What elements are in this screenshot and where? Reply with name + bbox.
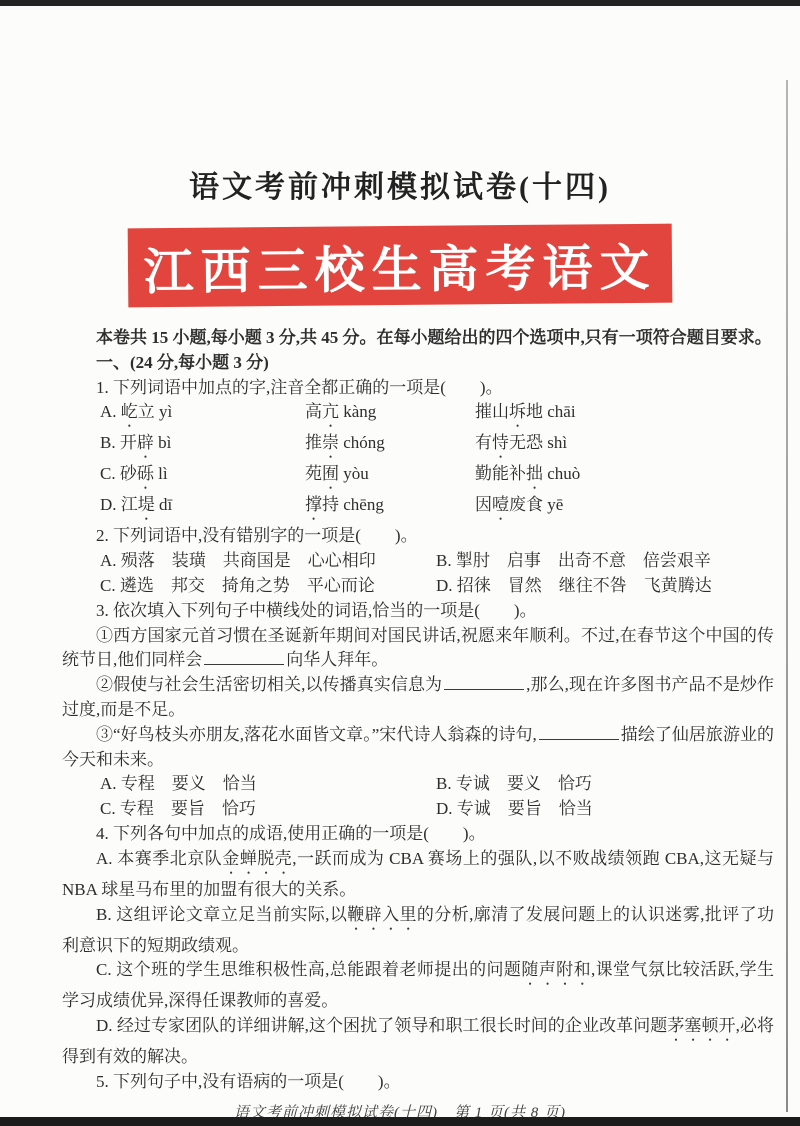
- emphasized-text: 堤: [138, 495, 155, 514]
- emphasized-text: 恃: [492, 433, 509, 452]
- option-cell: A. 专程 要义 恰当: [100, 772, 436, 797]
- text-segment: ③“好鸟枝头亦朋友,落花水面皆文章。”宋代诗人翁森的诗句,: [96, 725, 537, 744]
- q1-row-a: A. 屹立 yì 高亢 kàng 摧山坼地 chāi: [62, 400, 774, 431]
- emphasized-text: 屹: [121, 402, 138, 421]
- option-cell: C. 专程 要旨 恰巧: [100, 797, 436, 822]
- text-segment: A.: [100, 402, 121, 421]
- option-cell: D. 专诚 要旨 恰当: [436, 797, 774, 822]
- option-cell: B. 掣肘 启事 出奇不意 倍尝艰辛: [436, 549, 774, 574]
- emphasized-text: 噎: [492, 495, 509, 514]
- word-cell: B. 开辟 bì: [100, 431, 305, 462]
- text-segment: 废食 yē: [509, 495, 563, 514]
- word-cell: D. 江堤 dī: [100, 493, 305, 524]
- word-cell: 苑囿 yòu: [305, 462, 475, 493]
- text-segment: A. 本赛季北京队: [96, 849, 222, 868]
- word-cell: 有恃无恐 shì: [475, 431, 774, 462]
- emphasized-text: 随声附和: [521, 960, 591, 979]
- scan-bottom-edge: [0, 1117, 800, 1126]
- text-segment: yòu: [339, 464, 369, 483]
- exam-banner: 江西三校生高考语文: [128, 224, 673, 308]
- text-segment: lì: [154, 464, 168, 483]
- text-segment: D. 江: [100, 495, 138, 514]
- text-segment: bì: [154, 433, 171, 452]
- text-segment: ②假使与社会生活密切相关,以传播真实信息为: [96, 675, 442, 694]
- word-cell: 撑持 chēng: [305, 493, 475, 524]
- emphasized-text: 撑: [305, 495, 322, 514]
- text-segment: 地 chāi: [526, 402, 576, 421]
- word-cell: 高亢 kàng: [305, 400, 475, 431]
- option-cell: C. 遴选 邦交 掎角之势 平心而论: [100, 574, 436, 599]
- q2-options-row-1: A. 殒落 装璜 共商国是 心心相印 B. 掣肘 启事 出奇不意 倍尝艰辛: [62, 549, 774, 574]
- text-segment: ①西方国家元首习惯在圣诞新年期间对国民讲话,祝愿来年顺利。不过,在春节这个中国的…: [62, 626, 774, 670]
- emphasized-text: 辟: [137, 433, 154, 452]
- q5-stem: 5. 下列句子中,没有语病的一项是( )。: [62, 1070, 774, 1095]
- text-segment: 推: [305, 433, 322, 452]
- exam-paper-page: 语文考前冲刺模拟试卷(十四) 江西三校生高考语文 本卷共 15 小题,每小题 3…: [0, 0, 800, 1126]
- text-segment: dī: [155, 495, 172, 514]
- word-cell: 因噎废食 yē: [475, 493, 774, 524]
- text-segment: 苑: [305, 464, 322, 483]
- blank-line: [444, 687, 524, 690]
- text-segment: C. 砂: [100, 464, 137, 483]
- q4-option-b: B. 这组评论文章立足当前实际,以鞭辟入里的分析,廓清了发展问题上的认识迷雾,批…: [62, 903, 774, 959]
- q1-stem: 1. 下列词语中加点的字,注音全都正确的一项是( )。: [62, 376, 774, 401]
- word-cell: 勤能补拙 chuò: [475, 462, 774, 493]
- q2-stem: 2. 下列词语中,没有错别字的一项是( )。: [62, 524, 774, 549]
- q4-stem: 4. 下列各句中加点的成语,使用正确的一项是( )。: [62, 822, 774, 847]
- text-segment: 高: [305, 402, 322, 421]
- blank-line: [204, 662, 284, 665]
- text-segment: kàng: [339, 402, 376, 421]
- emphasized-text: 拙: [526, 464, 543, 483]
- q1-row-b: B. 开辟 bì 推崇 chóng 有恃无恐 shì: [62, 431, 774, 462]
- text-segment: B. 开: [100, 433, 137, 452]
- option-cell: B. 专诚 要义 恰巧: [436, 772, 774, 797]
- q3-options-row-1: A. 专程 要义 恰当 B. 专诚 要义 恰巧: [62, 772, 774, 797]
- q4-option-c: C. 这个班的学生思维积极性高,总能跟着老师提出的问题随声附和,课堂气氛比较活跃…: [62, 958, 774, 1014]
- word-cell: 推崇 chóng: [305, 431, 475, 462]
- exam-body: 本卷共 15 小题,每小题 3 分,共 45 分。在每小题给出的四个选项中,只有…: [0, 326, 800, 1095]
- q4-option-d: D. 经过专家团队的详细讲解,这个困扰了领导和职工很长时间的企业改革问题茅塞顿开…: [62, 1014, 774, 1070]
- text-segment: C. 这个班的学生思维积极性高,总能跟着老师提出的问题: [96, 960, 521, 979]
- q3-item-3: ③“好鸟枝头亦朋友,落花水面皆文章。”宋代诗人翁森的诗句,描绘了仙居旅游业的今天…: [62, 723, 774, 773]
- emphasized-text: 金蝉脱壳: [222, 849, 292, 868]
- text-segment: 摧山: [475, 402, 509, 421]
- option-cell: A. 殒落 装璜 共商国是 心心相印: [100, 549, 436, 574]
- scan-right-edge-line: [786, 80, 788, 1112]
- text-segment: 持 chēng: [322, 495, 384, 514]
- q1-row-c: C. 砂砾 lì 苑囿 yòu 勤能补拙 chuò: [62, 462, 774, 493]
- emphasized-text: 砾: [137, 464, 154, 483]
- q2-options-row-2: C. 遴选 邦交 掎角之势 平心而论 D. 招徕 冒然 继往不咎 飞黄腾达: [62, 574, 774, 599]
- q3-item-1: ①西方国家元首习惯在圣诞新年期间对国民讲话,祝愿来年顺利。不过,在春节这个中国的…: [62, 624, 774, 674]
- text-segment: chuò: [543, 464, 580, 483]
- emphasized-text: 囿: [322, 464, 339, 483]
- option-cell: D. 招徕 冒然 继往不咎 飞黄腾达: [436, 574, 774, 599]
- text-segment: D. 经过专家团队的详细讲解,这个困扰了领导和职工很长时间的企业改革问题: [96, 1016, 667, 1035]
- page-title: 语文考前冲刺模拟试卷(十四): [0, 162, 800, 206]
- emphasized-text: 鞭辟入里: [347, 905, 417, 924]
- text-segment: 因: [475, 495, 492, 514]
- text-segment: 有: [475, 433, 492, 452]
- section-heading: 一、(24 分,每小题 3 分): [62, 351, 774, 376]
- banner-label: 江西三校生高考语文: [143, 227, 657, 303]
- text-segment: 立 yì: [138, 402, 172, 421]
- emphasized-text: 坼: [509, 402, 526, 421]
- q1-word-table: A. 屹立 yì 高亢 kàng 摧山坼地 chāi B. 开辟 bì 推崇 c…: [62, 400, 774, 524]
- emphasized-text: 茅塞顿开: [667, 1016, 735, 1035]
- word-cell: C. 砂砾 lì: [100, 462, 305, 493]
- word-cell: 摧山坼地 chāi: [475, 400, 774, 431]
- word-cell: A. 屹立 yì: [100, 400, 305, 431]
- q1-row-d: D. 江堤 dī 撑持 chēng 因噎废食 yē: [62, 493, 774, 524]
- text-segment: 向华人拜年。: [286, 650, 388, 669]
- emphasized-text: 亢: [322, 402, 339, 421]
- q4-option-a: A. 本赛季北京队金蝉脱壳,一跃而成为 CBA 赛场上的强队,以不败战绩领跑 C…: [62, 847, 774, 903]
- text-segment: 无恐 shì: [509, 433, 567, 452]
- scan-top-edge: [0, 0, 800, 6]
- q3-stem: 3. 依次填入下列句子中横线处的词语,恰当的一项是( )。: [62, 599, 774, 624]
- q3-options-row-2: C. 专程 要旨 恰巧 D. 专诚 要旨 恰当: [62, 797, 774, 822]
- emphasized-text: 崇: [322, 433, 339, 452]
- blank-line: [539, 737, 619, 740]
- text-segment: B. 这组评论文章立足当前实际,以: [96, 905, 347, 924]
- intro-paragraph: 本卷共 15 小题,每小题 3 分,共 45 分。在每小题给出的四个选项中,只有…: [62, 326, 774, 351]
- text-segment: 勤能补: [475, 464, 526, 483]
- text-segment: chóng: [339, 433, 385, 452]
- q3-item-2: ②假使与社会生活密切相关,以传播真实信息为,那么,现在许多图书产品不是炒作过度,…: [62, 673, 774, 723]
